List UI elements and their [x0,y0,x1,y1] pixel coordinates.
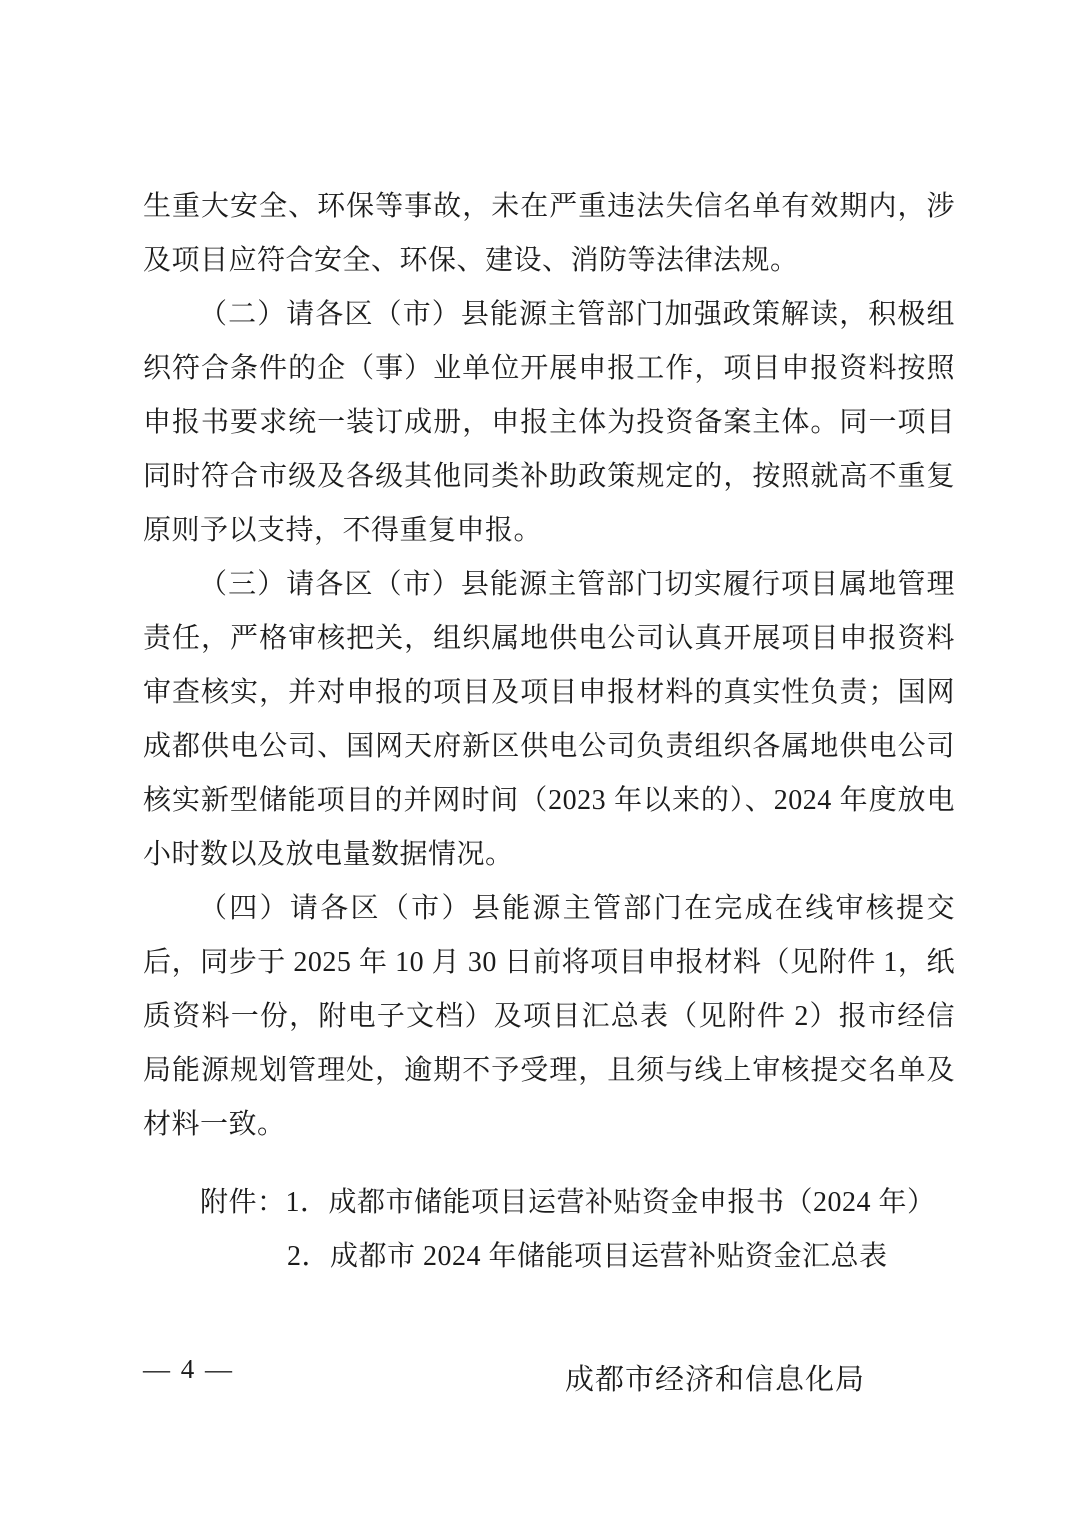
attachments-label: 附件： [200,1187,286,1218]
document-body: 生重大安全、环保等事故，未在严重违法失信名单有效期内，涉及项目应符合安全、环保、… [143,180,955,1152]
attachment-item-1: 1．成都市储能项目运营补贴资金申报书（2024 年） [286,1187,936,1218]
page-number: — 4 — [143,1352,234,1386]
attachment-item-2: 2．成都市 2024 年储能项目运营补贴资金汇总表 [143,1230,955,1284]
body-paragraph: （二）请各区（市）县能源主管部门加强政策解读，积极组织符合条件的企（事）业单位开… [143,288,955,558]
document-content: 生重大安全、环保等事故，未在严重违法失信名单有效期内，涉及项目应符合安全、环保、… [143,180,955,1407]
attachment-line: 附件：1．成都市储能项目运营补贴资金申报书（2024 年） [143,1176,955,1230]
body-paragraph: 生重大安全、环保等事故，未在严重违法失信名单有效期内，涉及项目应符合安全、环保、… [143,180,955,288]
attachments-block: 附件：1．成都市储能项目运营补贴资金申报书（2024 年） 2．成都市 2024… [143,1176,955,1284]
body-paragraph: （四）请各区（市）县能源主管部门在完成在线审核提交后，同步于 2025 年 10… [143,882,955,1152]
document-page: 生重大安全、环保等事故，未在严重违法失信名单有效期内，涉及项目应符合安全、环保、… [0,0,1080,1527]
signature-org: 成都市经济和信息化局 [143,1353,955,1407]
body-paragraph: （三）请各区（市）县能源主管部门切实履行项目属地管理责任，严格审核把关，组织属地… [143,558,955,882]
